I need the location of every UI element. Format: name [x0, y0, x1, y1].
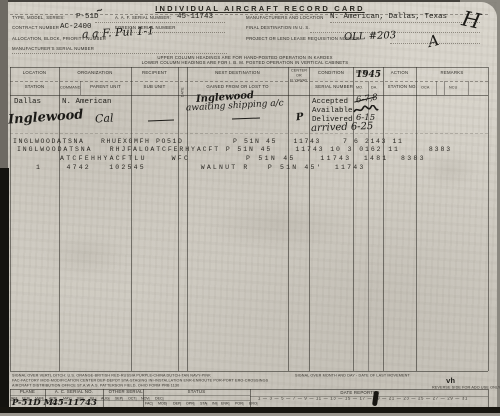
col-organization: ORGANIZATION [69, 71, 121, 75]
project-lend-lease-label: PROJECT OR LEND LEASE REQUISITION NUMBER [246, 37, 359, 41]
organization-entry: N. American [62, 98, 112, 106]
plane-label: PLANE [15, 390, 40, 394]
ac-serial-label: A. C. SERIAL NO. [53, 390, 95, 394]
grid-vline-remarks [468, 81, 469, 95]
condition-accepted: Accepted [312, 98, 348, 106]
col-remarks-oca: OCA [421, 86, 429, 90]
status-cell: INI [212, 402, 217, 406]
body-row-rule [10, 133, 488, 134]
status-cell: ENR [221, 402, 229, 406]
col-command: COMMAND [60, 86, 81, 90]
legend-line-3: AIRCRAFT DISTRIBUTION OFFICE ST.A.W A.S.… [12, 384, 179, 388]
status-codes-row: FAC MOD DEP OPR STA INI ENR POR ERO [145, 401, 250, 407]
table-bottom-border [10, 371, 488, 372]
station-entry: Dallas [14, 98, 41, 106]
scan-edge-left-upper [0, 0, 8, 170]
manufacturer-location-value: N. American, Dallas, Texas [330, 13, 447, 21]
grid-vline-remarks [444, 81, 445, 95]
code-row-2: INGLWOODATSNA RHJFALOATCFERHYACFT P 51N … [17, 146, 452, 153]
code-row-4: 1 4742 102545 WALNUT R P 51N 45' 11743 [36, 164, 365, 171]
col-remarks: REMARKS [426, 71, 478, 75]
final-destination-label: FINAL DESTINATION IN U. S. [246, 26, 310, 30]
leader-line [390, 43, 480, 44]
legend-line-2: FAC-FACTORY MOD-MODIFICATION CENTER DEP-… [12, 379, 268, 383]
month-cell: AUG [101, 397, 109, 401]
grid-vline [178, 67, 179, 371]
col-action: ACTION [388, 71, 412, 75]
status-cell: STA [200, 402, 207, 406]
col-flyaway-1: CENTER [291, 69, 307, 73]
col-da: DA. [371, 86, 378, 90]
col-flyaway-3: FLYAWAY [290, 79, 308, 83]
status-cell: FAC [145, 402, 153, 406]
status-cell: DEP [173, 402, 181, 406]
date-numbers-row: 1 — 3 — 5 — 7 — 9 — 11 — 13 — 15 — 17 — … [258, 397, 414, 401]
aaf-serial-label: A. A. F. SERIAL NUMBER: [115, 16, 171, 20]
col-station: STATION [17, 85, 52, 89]
col-mo: MO. [356, 86, 363, 90]
flyaway-mark-handwritten: P [295, 112, 304, 124]
vh-mark: vh [446, 378, 455, 386]
month-cell: OCT [128, 397, 136, 401]
col-gained-lost: GAINED FROM OR LOST TO [201, 85, 274, 89]
status-cell: ERO [249, 402, 257, 406]
leader-line [12, 53, 227, 54]
location-handwritten-suffix: Cal [95, 112, 114, 126]
col-condition: CONDITION [315, 71, 347, 75]
col-date-vertical: DATE [181, 87, 185, 97]
foreign-serial-label: FOREIGN SERIAL NUMBER [115, 26, 176, 30]
col-recipient: RECIPIENT [138, 71, 172, 75]
aaf-serial-value: 45-11743 [177, 13, 213, 21]
contract-number-label: CONTRACT NUMBER [12, 26, 59, 30]
status-cell: OPR [186, 402, 194, 406]
notice-line-2: LOWER COLUMN HEADINGS ARE FOR I. B. M. P… [137, 61, 353, 65]
condition-available: Available [312, 107, 353, 115]
manufacturer-serial-label: MANUFACTURER'S SERIAL NUMBER [12, 47, 94, 51]
scan-smudge [200, 195, 360, 255]
type-model-series-value: P-51D [76, 13, 99, 21]
grid-vline-remarks [436, 81, 437, 95]
notice-line-1: UPPER COLUMN HEADINGS ARE FOR HAND-POSTE… [137, 56, 353, 60]
legend-line-1-right: SIGNAL OVER MONTH AND DAY - DATE OF LAST… [295, 374, 410, 378]
col-parent-unit: PARENT UNIT [87, 85, 124, 89]
scan-smudge [420, 150, 480, 190]
code-row-1: INGLWOODATSNA RHUEXGMFH PO51D P 51N 45 1… [13, 138, 404, 145]
arrived-handwritten: arrived 6-25 [311, 121, 374, 134]
col-station-no: STATION NO. [388, 85, 412, 89]
grid-vline [416, 67, 417, 371]
status-cell: MOD [158, 402, 167, 406]
col-flyaway-2: OR [296, 74, 302, 78]
col-sub-unit: SUB UNIT [138, 85, 172, 89]
code-row-3: ATCFEHHYACFTLU WFC P 51N 45 11743 1481 8… [60, 155, 426, 162]
plane-value-handwritten: P-51D M. [12, 398, 56, 408]
bottom-vline [488, 389, 489, 407]
col-remarks-ncu: NCU [449, 86, 457, 90]
scan-edge-left [0, 168, 9, 416]
status-label: STATUS [158, 390, 235, 394]
leader-line [330, 22, 480, 23]
legend-line-1: SIGNAL OVER VERTL DITCH: U.S. ORANGE-BRI… [12, 374, 211, 378]
scanned-record-card: INDIVIDUAL AIRCRAFT RECORD CARD TYPE, MO… [0, 0, 500, 416]
grid-vline [488, 67, 489, 371]
grid-vline [131, 67, 132, 371]
col-next-destination: NEXT DESTINATION [201, 71, 274, 75]
page-title: INDIVIDUAL AIRCRAFT RECORD CARD [120, 4, 400, 13]
scan-edge-top [0, 0, 460, 2]
scan-smudge [40, 230, 130, 280]
leader-line [95, 32, 225, 33]
other-serial-label: OTHER SERIAL [109, 390, 138, 394]
type-model-series-label: TYPE, MODEL, SERIES: [12, 16, 65, 20]
grid-vline [383, 67, 384, 371]
manufacturer-location-label: MANUFACTURERS AND LOCATION [246, 16, 324, 20]
col-location: LOCATION [17, 71, 52, 75]
month-cell: DEC [155, 397, 163, 401]
leader-line [310, 32, 480, 33]
col-serial-number: SERIAL NUMBER [315, 85, 347, 89]
date-year-handwritten: 1945 [356, 70, 381, 80]
month-cell: NOV [141, 397, 149, 401]
month-cell: SEP [115, 397, 123, 401]
ac-serial-value-handwritten: 45-11743 [52, 398, 97, 408]
leader-line [95, 22, 225, 23]
status-cell: POR [235, 402, 243, 406]
